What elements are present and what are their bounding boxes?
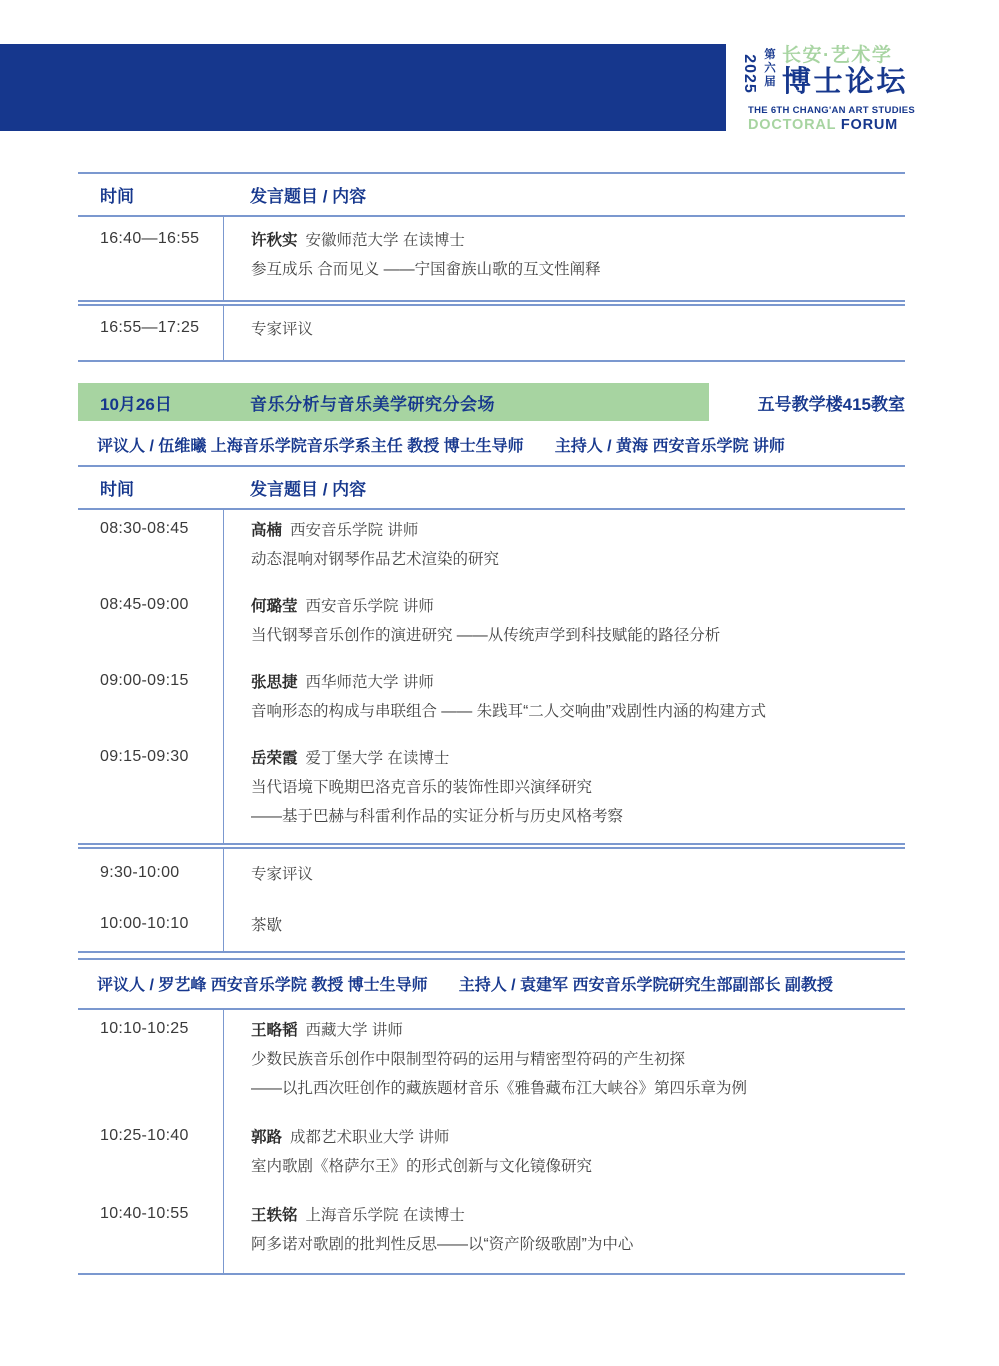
content-cell: 高楠西安音乐学院 讲师 动态混响对钢琴作品艺术渲染的研究	[223, 510, 905, 586]
content-cell: 许秋实安徽师范大学 在读博士 参互成乐 合而见义 ——宁国畲族山歌的互文性阐释	[223, 217, 905, 300]
speaker-affiliation: 成都艺术职业大学 讲师	[290, 1129, 449, 1146]
content-cell: 茶歇	[223, 900, 905, 951]
panel-info: 评议人 / 罗艺峰 西安音乐学院 教授 博士生导师 主持人 / 袁建军 西安音乐…	[78, 972, 905, 994]
content-cell: 专家评议	[223, 849, 905, 900]
logo-title-green: 长安·艺术学	[782, 46, 908, 66]
logo-year-vertical: 2025	[741, 48, 757, 100]
speaker-line: 王略韬西藏大学 讲师	[251, 1016, 895, 1045]
program-document: 时间 发言题目 / 内容 16:40—16:55 许秋实安徽师范大学 在读博士 …	[78, 172, 905, 1275]
speaker-name: 郭路	[251, 1129, 282, 1146]
schedule-row: 16:40—16:55 许秋实安徽师范大学 在读博士 参互成乐 合而见义 ——宁…	[78, 217, 905, 300]
talk-title: 少数民族音乐创作中限制型符码的运用与精密型符码的产生初探	[251, 1045, 895, 1074]
talk-title: 参互成乐 合而见义 ——宁国畲族山歌的互文性阐释	[251, 255, 895, 284]
content-cell: 王轶铭上海音乐学院 在读博士 阿多诺对歌剧的批判性反思——以“资产阶级歌剧”为中…	[223, 1195, 905, 1273]
content-cell: 张思捷西华师范大学 讲师 音响形态的构成与串联组合 —— 朱践耳“二人交响曲”戏…	[223, 662, 905, 738]
schedule-row: 08:45-09:00 何璐莹西安音乐学院 讲师 当代钢琴音乐创作的演进研究 —…	[78, 586, 905, 662]
speaker-affiliation: 西华师范大学 讲师	[306, 674, 434, 691]
speaker-line: 岳荣霞爱丁堡大学 在读博士	[251, 744, 895, 773]
content-cell: 专家评议	[223, 306, 905, 360]
content-cell: 王略韬西藏大学 讲师 少数民族音乐创作中限制型符码的运用与精密型符码的产生初探 …	[223, 1010, 905, 1117]
schedule-row: 9:30-10:00 专家评议	[78, 849, 905, 900]
schedule-row: 16:55—17:25 专家评议	[78, 306, 905, 360]
time-cell: 10:40-10:55	[78, 1195, 223, 1273]
session-banner-row: 10月26日 音乐分析与音乐美学研究分会场 五号教学楼415教室	[78, 383, 905, 421]
table-bottom-rule	[78, 1273, 905, 1275]
logo-subtitle-en: THE 6TH CHANG'AN ART STUDIES	[748, 105, 916, 116]
logo-edition-vertical: 第六届	[761, 48, 777, 100]
schedule-row: 09:15-09:30 岳荣霞爱丁堡大学 在读博士 当代语境下晚期巴洛克音乐的装…	[78, 738, 905, 843]
speaker-line: 王轶铭上海音乐学院 在读博士	[251, 1201, 895, 1230]
speaker-affiliation: 西安音乐学院 讲师	[290, 522, 418, 539]
talk-title: 当代钢琴音乐创作的演进研究 ——从传统声学到科技赋能的路径分析	[251, 621, 895, 650]
logo-wordmark-doctoral: DOCTORAL	[748, 117, 836, 133]
header-blue-bar	[0, 44, 726, 131]
speaker-affiliation: 爱丁堡大学 在读博士	[306, 750, 450, 767]
speaker-line: 许秋实安徽师范大学 在读博士	[251, 226, 895, 255]
time-cell: 09:15-09:30	[78, 738, 223, 843]
session-venue: 五号教学楼415教室	[758, 390, 905, 415]
logo-wordmark-forum: FORUM	[841, 117, 898, 133]
speaker-affiliation: 西安音乐学院 讲师	[306, 598, 434, 615]
column-header-time: 时间	[78, 475, 223, 500]
schedule-row: 10:25-10:40 郭路成都艺术职业大学 讲师 室内歌剧《格萨尔王》的形式创…	[78, 1117, 905, 1195]
schedule-row: 10:00-10:10 茶歇	[78, 900, 905, 951]
time-cell: 16:40—16:55	[78, 217, 223, 300]
logo-year-text: 2025	[740, 54, 758, 94]
logo-title-blue: 博士论坛	[782, 66, 908, 98]
host-info: 主持人 / 黄海 西安音乐学院 讲师	[555, 433, 785, 456]
speaker-line: 高楠西安音乐学院 讲师	[251, 516, 895, 545]
speaker-name: 王轶铭	[251, 1207, 298, 1224]
logo-chinese-block: 2025 第六届 长安·艺术学 博士论坛	[748, 46, 916, 102]
speaker-name: 岳荣霞	[251, 750, 298, 767]
session-title: 音乐分析与音乐美学研究分会场	[250, 390, 495, 415]
column-header-time: 时间	[78, 182, 223, 207]
talk-title-continued: ——基于巴赫与科雷利作品的实证分析与历史风格考察	[251, 802, 895, 831]
schedule-row: 10:10-10:25 王略韬西藏大学 讲师 少数民族音乐创作中限制型符码的运用…	[78, 1010, 905, 1117]
speaker-line: 何璐莹西安音乐学院 讲师	[251, 592, 895, 621]
forum-logo: 2025 第六届 长安·艺术学 博士论坛 THE 6TH CHANG'AN AR…	[748, 46, 916, 133]
talk-title: 动态混响对钢琴作品艺术渲染的研究	[251, 545, 895, 574]
table-bottom-rule	[78, 360, 905, 362]
time-cell: 09:00-09:15	[78, 662, 223, 738]
time-cell: 10:10-10:25	[78, 1010, 223, 1117]
schedule-row: 08:30-08:45 高楠西安音乐学院 讲师 动态混响对钢琴作品艺术渲染的研究	[78, 510, 905, 586]
time-cell: 16:55—17:25	[78, 306, 223, 360]
speaker-line: 张思捷西华师范大学 讲师	[251, 668, 895, 697]
talk-title: 室内歌剧《格萨尔王》的形式创新与文化镜像研究	[251, 1152, 895, 1181]
session-date: 10月26日	[78, 390, 250, 415]
schedule-row: 09:00-09:15 张思捷西华师范大学 讲师 音响形态的构成与串联组合 ——…	[78, 662, 905, 738]
speaker-name: 高楠	[251, 522, 282, 539]
speaker-name: 许秋实	[251, 232, 298, 249]
session-banner: 10月26日 音乐分析与音乐美学研究分会场	[78, 383, 709, 421]
panel-info: 评议人 / 伍维曦 上海音乐学院音乐学系主任 教授 博士生导师 主持人 / 黄海…	[78, 433, 905, 455]
logo-wordmark: DOCTORAL FORUM	[748, 117, 916, 133]
talk-title: 阿多诺对歌剧的批判性反思——以“资产阶级歌剧”为中心	[251, 1230, 895, 1259]
session-note: 茶歇	[251, 911, 895, 940]
speaker-name: 何璐莹	[251, 598, 298, 615]
reviewer-info: 评议人 / 罗艺峰 西安音乐学院 教授 博士生导师	[97, 972, 428, 995]
schedule-row: 10:40-10:55 王轶铭上海音乐学院 在读博士 阿多诺对歌剧的批判性反思—…	[78, 1195, 905, 1273]
reviewer-info: 评议人 / 伍维曦 上海音乐学院音乐学系主任 教授 博士生导师	[97, 433, 524, 456]
speaker-affiliation: 西藏大学 讲师	[306, 1022, 403, 1039]
talk-title-continued: ——以扎西次旺创作的藏族题材音乐《雅鲁藏布江大峡谷》第四乐章为例	[251, 1074, 895, 1103]
time-cell: 10:00-10:10	[78, 900, 223, 951]
content-cell: 岳荣霞爱丁堡大学 在读博士 当代语境下晚期巴洛克音乐的装饰性即兴演绎研究 ——基…	[223, 738, 905, 843]
double-rule	[78, 951, 905, 960]
time-cell: 08:45-09:00	[78, 586, 223, 662]
table-header: 时间 发言题目 / 内容	[78, 465, 905, 510]
talk-title: 当代语境下晚期巴洛克音乐的装饰性即兴演绎研究	[251, 773, 895, 802]
time-cell: 08:30-08:45	[78, 510, 223, 586]
talk-title: 音响形态的构成与串联组合 —— 朱践耳“二人交响曲”戏剧性内涵的构建方式	[251, 697, 895, 726]
time-cell: 10:25-10:40	[78, 1117, 223, 1195]
session-note: 专家评议	[251, 860, 895, 889]
table-header: 时间 发言题目 / 内容	[78, 172, 905, 217]
speaker-affiliation: 安徽师范大学 在读博士	[306, 232, 465, 249]
speaker-name: 王略韬	[251, 1022, 298, 1039]
content-cell: 郭路成都艺术职业大学 讲师 室内歌剧《格萨尔王》的形式创新与文化镜像研究	[223, 1117, 905, 1195]
session-note: 专家评议	[251, 315, 895, 344]
content-cell: 何璐莹西安音乐学院 讲师 当代钢琴音乐创作的演进研究 ——从传统声学到科技赋能的…	[223, 586, 905, 662]
column-header-topic: 发言题目 / 内容	[223, 475, 366, 500]
speaker-affiliation: 上海音乐学院 在读博士	[306, 1207, 465, 1224]
speaker-line: 郭路成都艺术职业大学 讲师	[251, 1123, 895, 1152]
host-info: 主持人 / 袁建军 西安音乐学院研究生部副部长 副教授	[459, 972, 833, 995]
logo-titles: 长安·艺术学 博士论坛	[782, 46, 908, 98]
speaker-name: 张思捷	[251, 674, 298, 691]
column-header-topic: 发言题目 / 内容	[223, 182, 366, 207]
time-cell: 9:30-10:00	[78, 849, 223, 900]
